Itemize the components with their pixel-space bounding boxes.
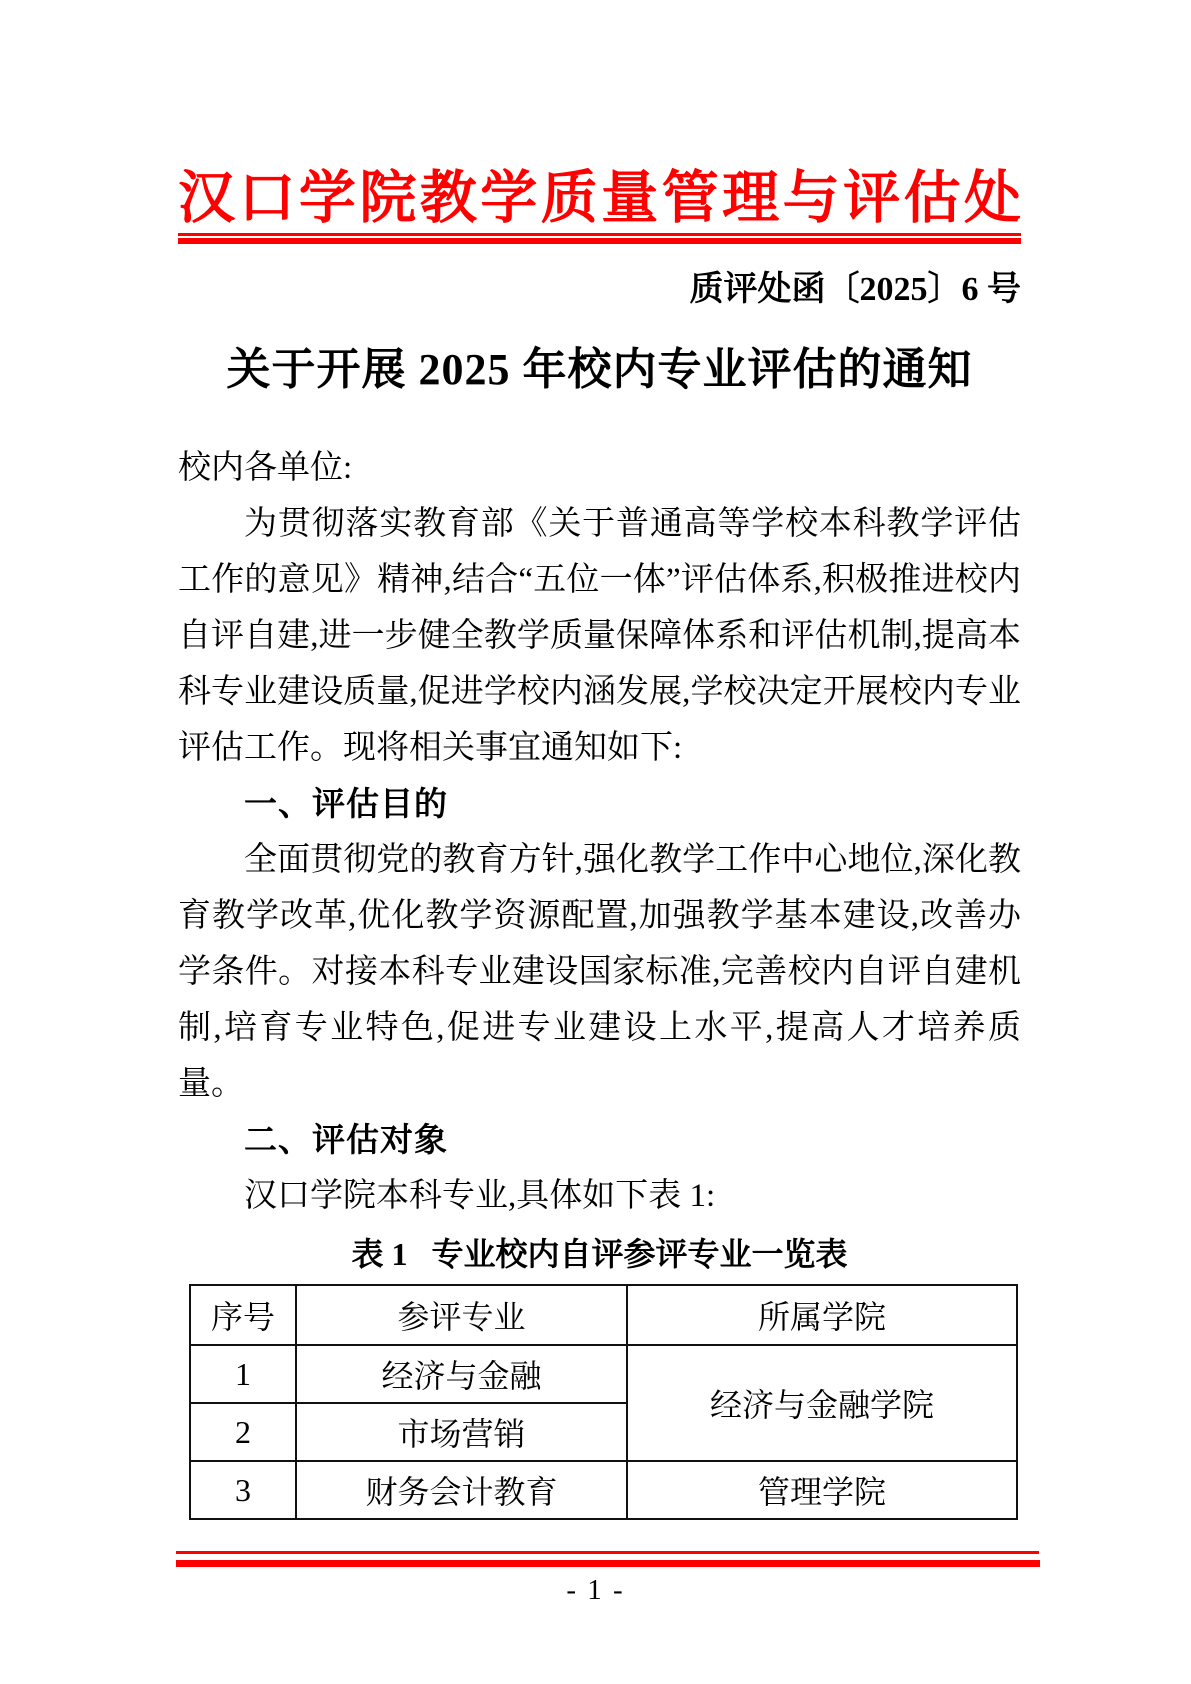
section-2-heading: 二、评估对象 bbox=[178, 1112, 1021, 1168]
cell-no: 3 bbox=[190, 1461, 296, 1519]
salutation: 校内各单位: bbox=[178, 440, 1021, 496]
cell-no: 1 bbox=[190, 1345, 296, 1403]
cell-major: 市场营销 bbox=[296, 1403, 627, 1461]
cell-no: 2 bbox=[190, 1403, 296, 1461]
document-page: 汉口学院教学质量管理与评估处 质评处函〔2025〕6 号 关于开展 2025 年… bbox=[0, 0, 1191, 1684]
table-row: 1 经济与金融 经济与金融学院 bbox=[190, 1345, 1017, 1403]
cell-college-merged: 经济与金融学院 bbox=[627, 1345, 1017, 1461]
footer-divider-thin bbox=[176, 1551, 1039, 1554]
footer-divider-thick bbox=[176, 1560, 1040, 1567]
cell-college: 管理学院 bbox=[627, 1461, 1017, 1519]
document-number: 质评处函〔2025〕6 号 bbox=[178, 270, 1021, 310]
table-header-major: 参评专业 bbox=[296, 1285, 627, 1345]
page-number: - 1 - bbox=[0, 1574, 1191, 1607]
evaluation-majors-table: 序号 参评专业 所属学院 1 经济与金融 经济与金融学院 2 市场营销 3 财务… bbox=[189, 1284, 1018, 1520]
cell-major: 财务会计教育 bbox=[296, 1461, 627, 1519]
table-caption: 表 1 专业校内自评参评专业一览表 bbox=[178, 1232, 1021, 1276]
intro-paragraph: 为贯彻落实教育部《关于普通高等学校本科教学评估工作的意见》精神,结合“五位一体”… bbox=[178, 496, 1021, 776]
red-header-divider bbox=[178, 238, 1021, 244]
section-2-paragraph: 汉口学院本科专业,具体如下表 1: bbox=[178, 1168, 1021, 1224]
section-1-heading: 一、评估目的 bbox=[178, 776, 1021, 832]
notice-title: 关于开展 2025 年校内专业评估的通知 bbox=[178, 346, 1021, 394]
cell-major: 经济与金融 bbox=[296, 1345, 627, 1403]
section-1-paragraph: 全面贯彻党的教育方针,强化教学工作中心地位,深化教育教学改革,优化教学资源配置,… bbox=[178, 832, 1021, 1112]
table-header-no: 序号 bbox=[190, 1285, 296, 1345]
red-header-org-title: 汉口学院教学质量管理与评估处 bbox=[178, 170, 1021, 236]
table-header-row: 序号 参评专业 所属学院 bbox=[190, 1285, 1017, 1345]
notice-body: 校内各单位: 为贯彻落实教育部《关于普通高等学校本科教学评估工作的意见》精神,结… bbox=[178, 440, 1021, 1224]
table-row: 3 财务会计教育 管理学院 bbox=[190, 1461, 1017, 1519]
table-header-college: 所属学院 bbox=[627, 1285, 1017, 1345]
